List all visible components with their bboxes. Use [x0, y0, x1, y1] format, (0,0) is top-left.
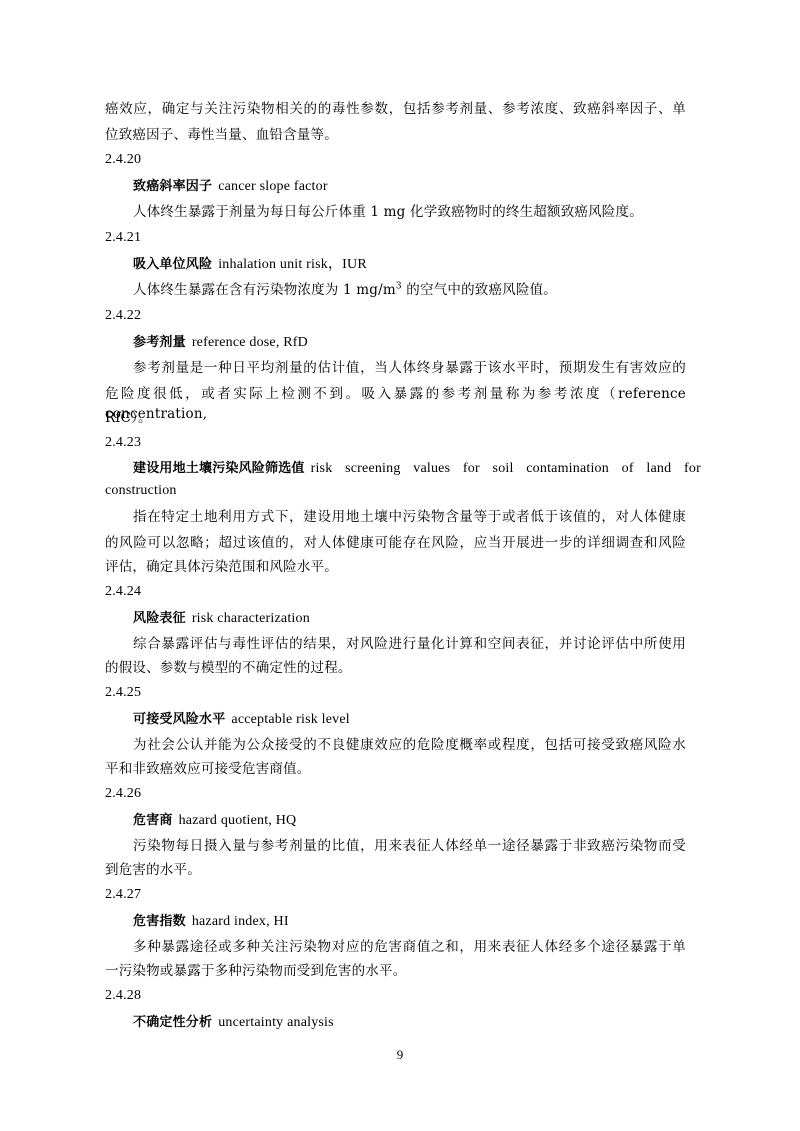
entry-number: 2.4.22	[105, 306, 686, 326]
definition-line: 综合暴露评估与毒性评估的结果，对风险进行量化计算和空间表征，并讨论评估中所使用	[133, 634, 686, 654]
term-en: risk screening values for soil contamina…	[311, 459, 701, 479]
definition-line: 一污染物或暴露于多种污染物而受到危害的水平。	[105, 961, 686, 981]
entry-term: 建设用地土壤污染风险筛选值risk screening values for s…	[133, 459, 686, 479]
definition-line: 参考剂量是一种日平均剂量的估计值，当人体终身暴露于该水平时，预期发生有害效应的	[133, 358, 686, 378]
definition-line: 的假设、参数与模型的不确定性的过程。	[105, 658, 686, 678]
definition-text: 人体终生暴露在含有污染物浓度为 1 mg/m	[133, 282, 396, 298]
page-number: 9	[0, 1047, 800, 1063]
entry-term: 风险表征risk characterization	[133, 608, 714, 629]
term-en: risk characterization	[192, 611, 310, 626]
definition-line: 平和非致癌效应可接受危害商值。	[105, 759, 686, 779]
definition-line: 评估，确定具体污染范围和风险水平。	[105, 557, 686, 577]
definition-line: 为社会公认并能为公众接受的不良健康效应的危险度概率或程度，包括可接受致癌风险水	[133, 735, 686, 755]
definition-line: 到危害的水平。	[105, 860, 686, 880]
entry-term: 吸入单位风险inhalation unit risk，IUR	[133, 254, 714, 275]
term-zh: 参考剂量	[133, 335, 186, 350]
definition-text: 的空气中的致癌风险值。	[402, 282, 557, 298]
entry-number: 2.4.24	[105, 582, 686, 602]
term-zh: 风险表征	[133, 611, 186, 626]
definition-line: 污染物每日摄入量与参考剂量的比值，用来表征人体经单一途径暴露于非致癌污染物而受	[133, 836, 686, 856]
entry-term: 参考剂量reference dose, RfD	[133, 332, 714, 353]
entry-term: 致癌斜率因子cancer slope factor	[133, 176, 714, 197]
entry-number: 2.4.25	[105, 683, 686, 703]
entry-term: 可接受风险水平acceptable risk level	[133, 709, 714, 730]
definition-line: RfC）。	[105, 408, 686, 428]
term-en: acceptable risk level	[231, 712, 349, 727]
intro-line: 位致癌因子、毒性当量、血铅含量等。	[105, 125, 686, 145]
intro-line: 癌效应，确定与关注污染物相关的的毒性参数，包括参考剂量、参考浓度、致癌斜率因子、…	[105, 99, 686, 119]
entry-number: 2.4.28	[105, 986, 686, 1006]
entry-term: 不确定性分析uncertainty analysis	[133, 1012, 714, 1033]
entry-number: 2.4.26	[105, 784, 686, 804]
term-zh: 不确定性分析	[133, 1015, 212, 1030]
document-page: 癌效应，确定与关注污染物相关的的毒性参数，包括参考剂量、参考浓度、致癌斜率因子、…	[0, 0, 800, 1131]
entry-number: 2.4.23	[105, 433, 686, 453]
term-en: hazard index, HI	[192, 914, 289, 929]
entry-number: 2.4.21	[105, 228, 686, 248]
definition-line: 人体终生暴露于剂量为每日每公斤体重 1 mg 化学致癌物时的终生超额致癌风险度。	[133, 202, 714, 222]
term-zh: 可接受风险水平	[133, 712, 225, 727]
definition-line: 的风险可以忽略；超过该值的，对人体健康可能存在风险，应当开展进一步的详细调查和风…	[105, 533, 686, 553]
entry-term: 危害商hazard quotient, HQ	[133, 810, 714, 831]
term-zh: 危害指数	[133, 914, 186, 929]
term-en: reference dose, RfD	[192, 335, 308, 350]
definition-line: 人体终生暴露在含有污染物浓度为 1 mg/m3 的空气中的致癌风险值。	[133, 280, 714, 300]
term-en-continued: construction	[105, 481, 686, 501]
term-zh: 吸入单位风险	[133, 257, 212, 272]
term-en: uncertainty analysis	[218, 1015, 334, 1030]
term-en: inhalation unit risk，IUR	[218, 257, 367, 272]
term-zh: 危害商	[133, 813, 173, 828]
term-zh: 致癌斜率因子	[133, 179, 212, 194]
term-en: hazard quotient, HQ	[179, 813, 297, 828]
entry-number: 2.4.20	[105, 150, 686, 170]
term-zh: 建设用地土壤污染风险筛选值	[133, 459, 305, 479]
term-en: cancer slope factor	[218, 179, 328, 194]
definition-line: 多种暴露途径或多种关注污染物对应的危害商值之和，用来表征人体经多个途径暴露于单	[133, 937, 686, 957]
entry-term: 危害指数hazard index, HI	[133, 911, 714, 932]
definition-line: 指在特定土地利用方式下，建设用地土壤中污染物含量等于或者低于该值的，对人体健康	[133, 507, 686, 527]
entry-number: 2.4.27	[105, 885, 686, 905]
